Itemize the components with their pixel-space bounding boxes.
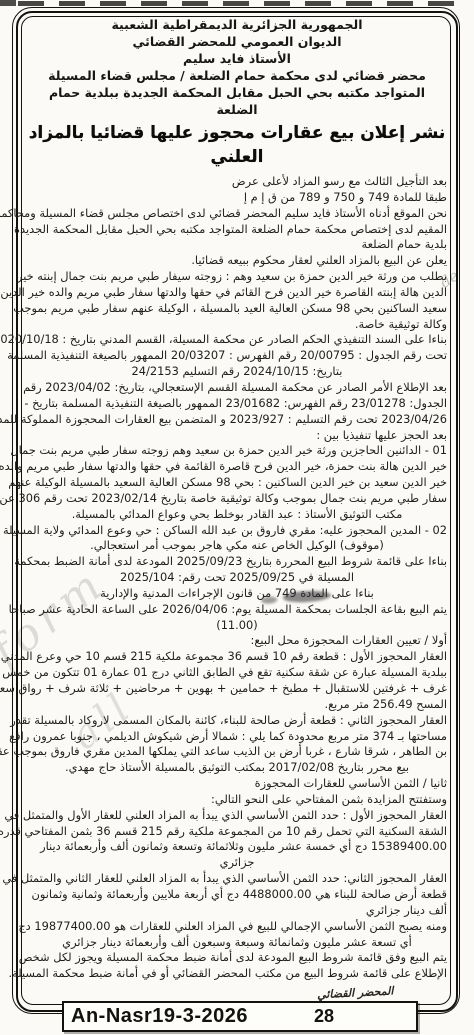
body-line: يتم البيع وفق قائمة شروط البيع المودعة ل… bbox=[27, 950, 447, 966]
body-line: يعلن عن البيع بالمزاد العلني لعقار محكوم… bbox=[27, 253, 447, 269]
body-line: العقار المحجوز الثاني : قطعة أرض صالحة ل… bbox=[27, 713, 447, 729]
body-line: سفار طبي مريم بنت جمال بموجب وكالة توثيق… bbox=[27, 491, 447, 507]
scan-artifact-top bbox=[18, 1, 456, 6]
body-line: بيع محرر بتاريخ 2017/02/08 بمكتب التوثيق… bbox=[27, 760, 447, 776]
body-line: قطعة أرض صالحة للبناء هي 4488000.00 دج أ… bbox=[27, 887, 447, 903]
body-line: بعد الحجز عليها تنفيذيا بين : bbox=[27, 428, 447, 444]
body-line: أولا / تعيين العقارات المحجوزة محل البيع… bbox=[27, 633, 447, 649]
body-line: الشقة السكنية التي تحمل رقم 10 من المجمو… bbox=[27, 824, 447, 840]
body-line: بناءا على السند التنفيذي الحكم الصادر عن… bbox=[27, 332, 447, 348]
notice-header: الجمهورية الجزائرية الديمقراطية الشعبيةا… bbox=[27, 16, 447, 118]
body-line: خير الدين هالة بنت حمزة، خير الدين فرح ق… bbox=[27, 459, 447, 475]
notice-title: نشر إعلان بيع عقارات محجوز عليها قضائيا … bbox=[27, 121, 447, 169]
header-line: المتواجد مكتبه بحي الحبل مقابل المحكمة ا… bbox=[27, 84, 447, 118]
body-line: مساحتها بـ 374 متر مربع محدودة كما يلي :… bbox=[27, 729, 447, 745]
body-line: بعد الإطلاع الأمر الصادر عن محكمة المسيل… bbox=[27, 380, 447, 396]
body-line: غرف + غرفتين للاستقبال + مطبخ + حمامين +… bbox=[27, 681, 447, 697]
body-line: العقار المحجوز الأول : حدد الثمن الأساسي… bbox=[27, 808, 447, 824]
body-line: تحت رقم الجدول : 20/00795 رقم الفهرس : 2… bbox=[27, 348, 447, 364]
body-line: العقار المحجوز الثاني: حدد الثمن الأساسي… bbox=[27, 871, 447, 887]
scanned-notice-page: deformall الجمهورية الجزائرية الديمقراطي… bbox=[0, 0, 474, 1035]
body-line: (موقوف) الوكيل الخاص عنه مكي هاجر بموجب … bbox=[27, 538, 447, 554]
body-line: بتاريخ: 2024/10/15 رقم التسليم 24/2153 bbox=[27, 364, 447, 380]
body-line: 2023/04/26 تحت رقم التسليم : 2023/927 و … bbox=[27, 412, 447, 428]
notice-content: الجمهورية الجزائرية الديمقراطية الشعبيةا… bbox=[27, 16, 447, 998]
body-line: بلدية حمام الضلعة bbox=[27, 237, 447, 253]
header-line: الجمهورية الجزائرية الديمقراطية الشعبية bbox=[27, 16, 447, 33]
footer-page-number: 28 bbox=[314, 1006, 334, 1027]
body-line: نحن الموقع أدناه الأستاذ فايد سليم المحض… bbox=[27, 206, 447, 222]
body-line: الدين هالة إبنته القاصرة خير الدين فرح ا… bbox=[27, 285, 447, 301]
body-line: خير الدين سعيد بن خير الدين الساكنين : ب… bbox=[27, 475, 447, 491]
body-line: المقيم لدى إختصاص محكمة حمام الضلعة المت… bbox=[27, 222, 447, 238]
body-line: الجدول: 23/01278 رقم الفهرس: 23/01682 ال… bbox=[27, 396, 447, 412]
body-line: ثانيا / الثمن الأساسي للعقارات المحجوزة bbox=[27, 776, 447, 792]
body-line: المسيلة في 2025/09/25 تحت رقم: 2025/104 bbox=[27, 570, 447, 586]
footer-source: An-Nasr19-3-2026 bbox=[64, 1005, 248, 1028]
body-line: بناءا على المادة 749 من قانون الإجراءات … bbox=[27, 586, 447, 602]
body-line: المسح 256.49 متر مربع. bbox=[27, 697, 447, 713]
header-line: الأستاذ فايد سليم bbox=[27, 50, 447, 67]
body-line: 15389400.00 دج أي خمسة عشر مليون وثلاثما… bbox=[27, 839, 447, 855]
signature-label: المحضر القضائي bbox=[317, 982, 448, 1002]
body-line: بناءا على قائمة شروط البيع المحررة بتاري… bbox=[27, 554, 447, 570]
body-line: جزائري bbox=[27, 855, 447, 871]
body-line: ببلدية المسيلة عبارة عن شقة سكنية تقع في… bbox=[27, 665, 447, 681]
body-line: ومنه يصبح الثمن الأساسي الإجمالي للبيع ف… bbox=[27, 919, 447, 935]
body-line: طبقا للمادة 749 و 750 و 789 من ق إ م إ bbox=[27, 190, 447, 206]
header-line: الديوان العمومي للمحضر القضائي bbox=[27, 33, 447, 50]
body-line: 02 - المدين المحجوز عليه: مقري فاروق بن … bbox=[27, 523, 447, 539]
body-line: العقار المحجوز الأول : قطعة رقم 10 قسم 3… bbox=[27, 649, 447, 665]
body-line: بن الطاهر ، شرقا شارع ، غربا أرض بن الذي… bbox=[27, 744, 447, 760]
header-line: محضر قضائي لدى محكمة حمام الضلعة / مجلس … bbox=[27, 67, 447, 84]
notice-body: بعد التأجيل الثالث مع رسو المزاد لأعلى ع… bbox=[27, 174, 447, 982]
body-line: أي تسعة عشر مليون وثمانمائة وسبعة وسبعون… bbox=[27, 935, 447, 951]
body-line: يتم البيع بقاعة الجلسات بمحكمة المسيلة ي… bbox=[27, 602, 447, 618]
body-line: ألف دينار جزائري bbox=[27, 903, 447, 919]
body-line: 01 - الدائنين الحاجزين ورثة خير الدين حم… bbox=[27, 443, 447, 459]
footer-box: An-Nasr19-3-2026 28 bbox=[62, 1001, 418, 1032]
body-line: بطلب من ورثة خير الدين حمزة بن سعيد وهم … bbox=[27, 269, 447, 285]
body-line: وستفتتح المزايدة بثمن المفتاحي على النحو… bbox=[27, 792, 447, 808]
body-line: الإطلاع على قائمة شروط البيع من مكتب الم… bbox=[27, 966, 447, 982]
body-line: وكالة توثيقية خاصة. bbox=[27, 317, 447, 333]
body-line: مكتب التوثيق الأستاذ : عبد القادر بوخلط … bbox=[27, 507, 447, 523]
body-line: بعد التأجيل الثالث مع رسو المزاد لأعلى ع… bbox=[27, 174, 447, 190]
body-line: (11.00) bbox=[27, 618, 447, 634]
body-line: سعيد الساكنين بحي 98 مسكن العالية العيد … bbox=[27, 301, 447, 317]
